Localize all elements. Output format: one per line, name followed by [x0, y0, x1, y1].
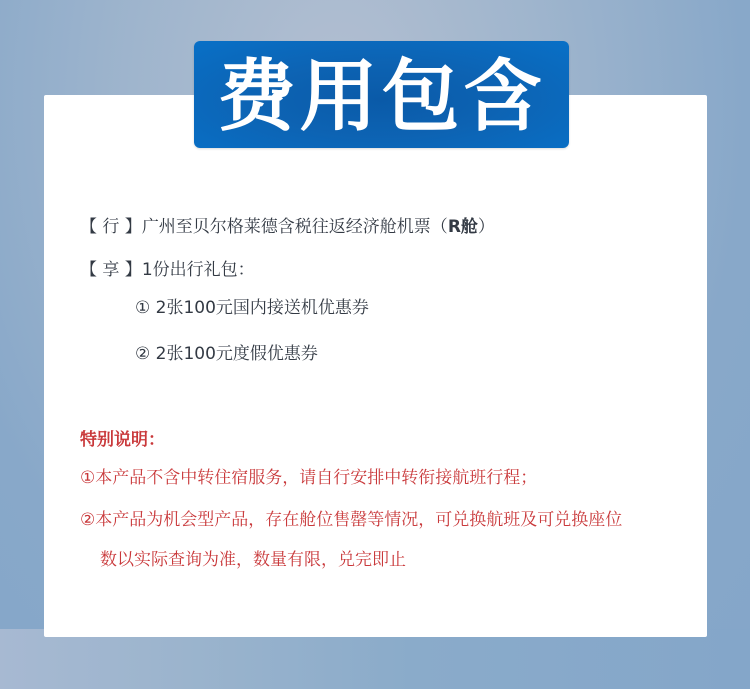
included-gift-line: 【 享 】1份出行礼包： — [80, 255, 255, 280]
note-item: ②本产品为机会型产品，存在舱位售罄等情况，可兑换航班及可兑换座位 — [80, 505, 622, 530]
gift-item-marker: ② — [135, 344, 150, 364]
note-marker: ② — [80, 510, 95, 530]
gift-item-text: 2张100元度假优惠券 — [156, 344, 318, 364]
background-gradient — [0, 629, 750, 689]
note-text: 本产品为机会型产品，存在舱位售罄等情况，可兑换航班及可兑换座位 — [95, 510, 622, 530]
flight-tag: 【 行 】 — [80, 217, 142, 237]
flight-close: ） — [478, 217, 495, 237]
note-item: ①本产品不含中转住宿服务，请自行安排中转衔接航班行程； — [80, 463, 537, 488]
gift-item: ① 2张100元国内接送机优惠券 — [135, 293, 369, 318]
gift-item-text: 2张100元国内接送机优惠券 — [156, 298, 369, 318]
title-badge: 费用包含 — [194, 41, 569, 148]
notes-title: 特别说明： — [80, 425, 165, 450]
note-marker: ① — [80, 468, 95, 488]
note-text: 本产品不含中转住宿服务，请自行安排中转衔接航班行程； — [95, 468, 537, 488]
cabin-class: R舱 — [448, 217, 478, 237]
page-title: 费用包含 — [217, 58, 545, 136]
gift-item: ② 2张100元度假优惠券 — [135, 339, 318, 364]
included-flight-line: 【 行 】广州至贝尔格莱德含税往返经济舱机票（R舱） — [80, 212, 495, 237]
flight-text: 广州至贝尔格莱德含税往返经济舱机票（ — [142, 217, 448, 237]
gift-tag: 【 享 】 — [80, 260, 142, 280]
gift-text: 1份出行礼包： — [142, 260, 255, 280]
gift-item-marker: ① — [135, 298, 150, 318]
note-continuation: 数以实际查询为准，数量有限，兑完即止 — [100, 545, 406, 570]
